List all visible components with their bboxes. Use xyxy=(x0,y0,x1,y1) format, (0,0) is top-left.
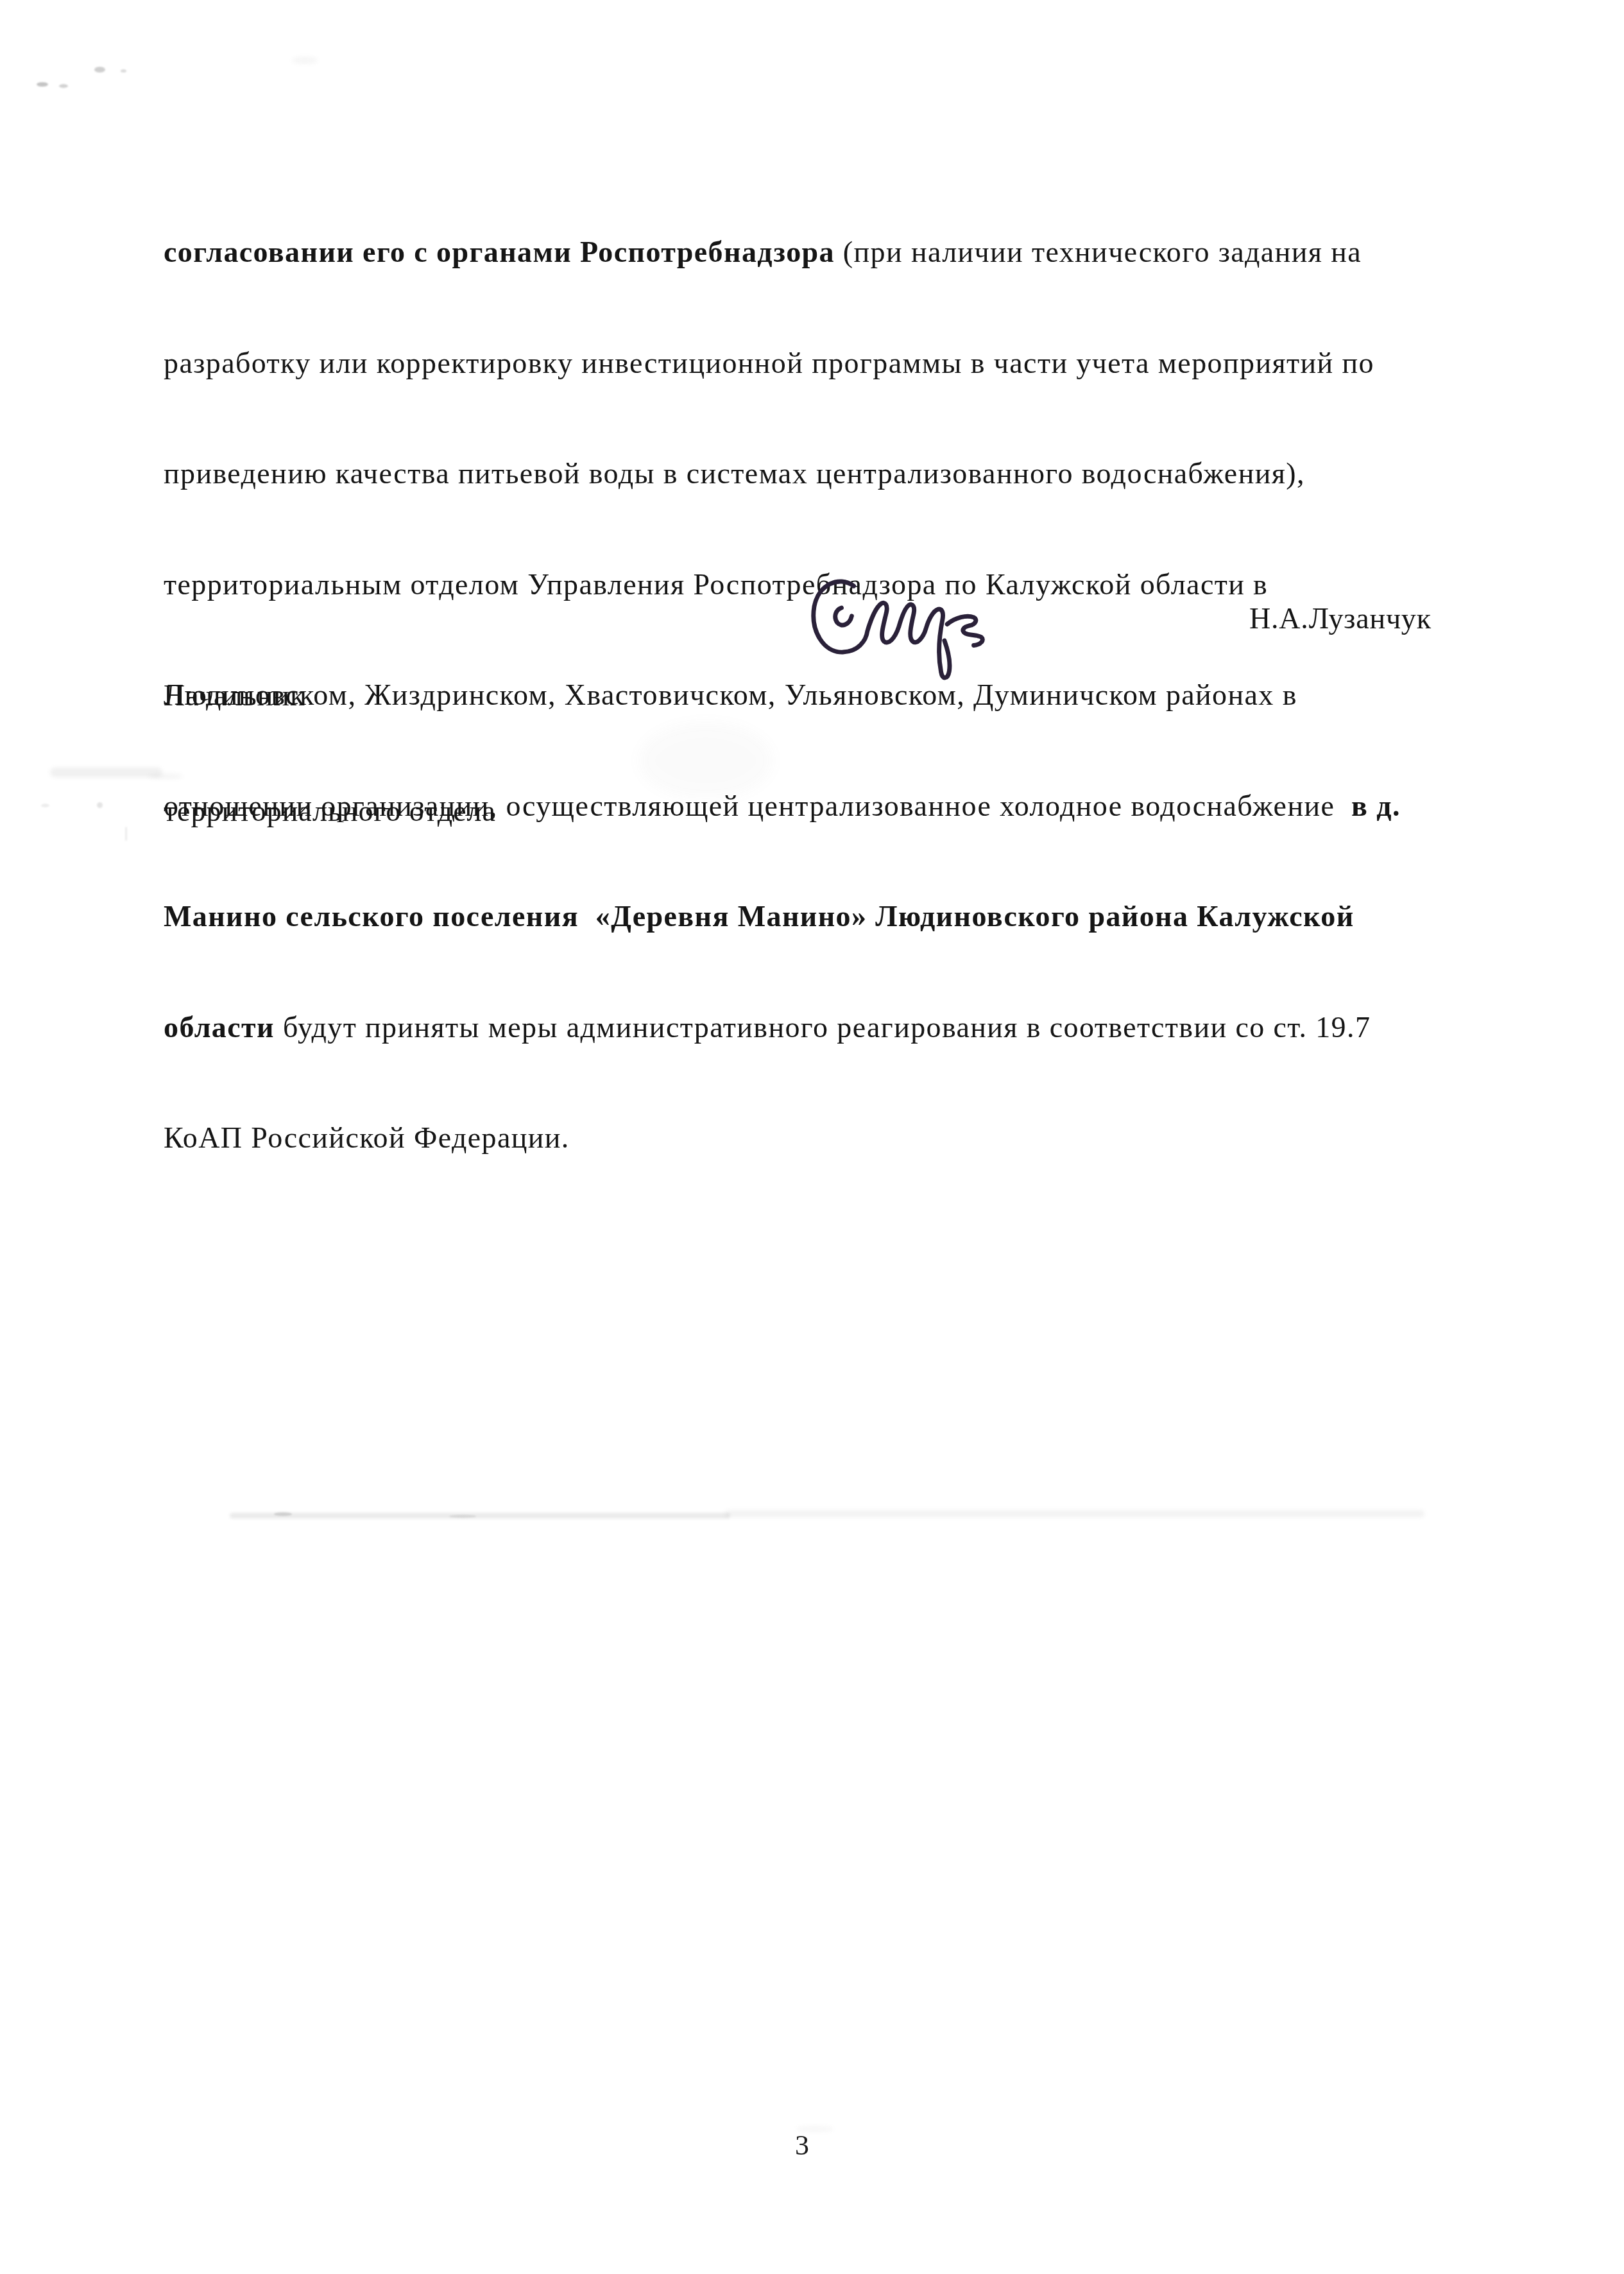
scan-hairline xyxy=(125,827,127,841)
text-segment: разработку или корректировку инвестицион… xyxy=(164,347,1374,379)
text-segment: КоАП Российской Федерации. xyxy=(164,1121,570,1154)
handwritten-signature-icon xyxy=(806,575,987,684)
text-segment: области xyxy=(164,1011,275,1044)
scan-speck xyxy=(121,69,126,73)
scan-streak xyxy=(725,1510,1424,1517)
paragraph-line: разработку или корректировку инвестицион… xyxy=(164,345,1588,382)
document-page: согласовании его с органами Роспотребнад… xyxy=(0,0,1624,2274)
job-title-line-1: Начальник xyxy=(164,676,496,715)
text-segment: приведению качества питьевой воды в сист… xyxy=(164,457,1305,490)
job-title-line-2: территориального отдела xyxy=(164,792,496,831)
text-segment: территориальным отделом Управления Роспо… xyxy=(164,568,1268,601)
scan-speck xyxy=(449,1515,476,1518)
paragraph-line: приведению качества питьевой воды в сист… xyxy=(164,455,1588,492)
paragraph-line: КоАП Российской Федерации. xyxy=(164,1119,1588,1157)
paragraph-line: области будут приняты меры административ… xyxy=(164,1009,1588,1046)
scan-speck xyxy=(97,802,103,808)
scan-streak xyxy=(230,1513,730,1519)
text-segment: будут приняты меры административного реа… xyxy=(275,1011,1371,1044)
scan-speck xyxy=(41,804,49,807)
scan-speck xyxy=(292,56,318,64)
signature-job-title: Начальник территориального отдела xyxy=(164,599,496,908)
text-segment: (при наличии технического задания на xyxy=(835,236,1362,268)
signer-name: Н.А.Лузанчук xyxy=(1249,599,1432,638)
scan-smudge xyxy=(50,768,162,777)
scan-speck xyxy=(37,82,48,87)
text-segment: согласовании его с органами Роспотребнад… xyxy=(164,236,835,268)
text-segment: в д. xyxy=(1335,789,1401,822)
scan-speck xyxy=(94,67,105,73)
paragraph-line: согласовании его с органами Роспотребнад… xyxy=(164,234,1588,271)
page-number: 3 xyxy=(770,2129,834,2162)
scan-speck xyxy=(274,1512,292,1516)
scan-speck xyxy=(59,84,68,88)
